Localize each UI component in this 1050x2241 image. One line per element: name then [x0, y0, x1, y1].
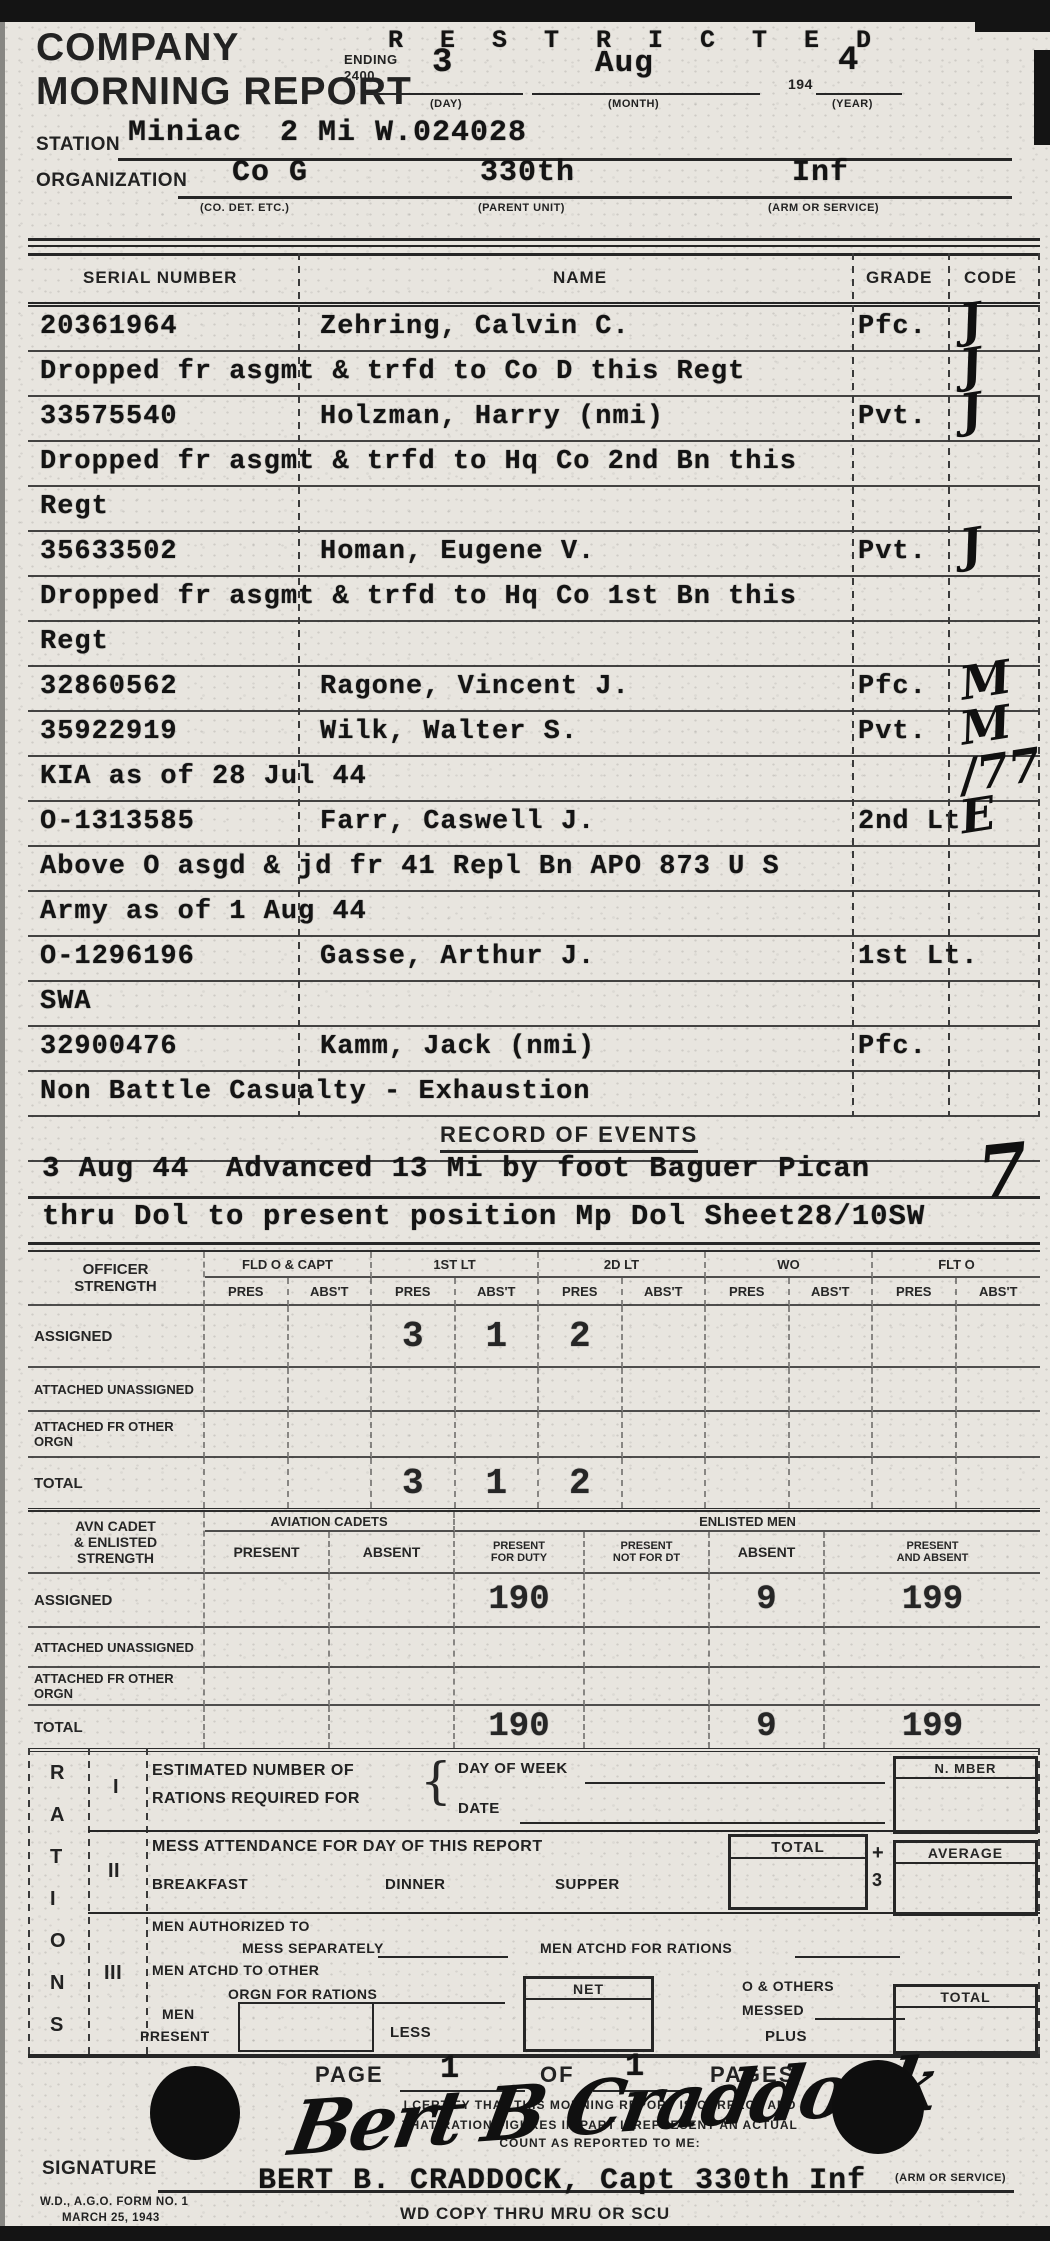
rations-vertical-letter: O [50, 1930, 66, 1953]
officer-value-cell [539, 1412, 623, 1458]
officer-row-label: TOTAL [28, 1458, 205, 1508]
officer-value-cell [289, 1412, 373, 1458]
enlisted-value-cell [710, 1628, 825, 1668]
rations-est-label-2: RATIONS REQUIRED FOR [152, 1790, 360, 1808]
serial-number-cell: 35633502 [40, 537, 178, 567]
day-caption: (DAY) [430, 98, 462, 110]
ending-2400-label: 2400 [344, 68, 375, 83]
roster-header-row: SERIAL NUMBER NAME GRADE CODE [28, 253, 1040, 307]
grade-cell: Pfc. [858, 1032, 927, 1062]
plus-label: PLUS [765, 2028, 807, 2045]
officer-value-cell [205, 1368, 289, 1412]
officer-value-cell: 1 [456, 1458, 540, 1508]
enlisted-value-cell [585, 1706, 710, 1748]
ending-day-value: 3 [432, 44, 453, 82]
grade-cell: Pvt. [858, 537, 927, 567]
enlisted-row-label: TOTAL [28, 1706, 205, 1748]
men-present-box [238, 2002, 374, 2052]
officer-group-1: FLD O & CAPT [205, 1252, 372, 1278]
officer-group-4: WO [706, 1252, 873, 1278]
enlisted-value-cell [825, 1628, 1040, 1668]
date-line [520, 1822, 885, 1824]
name-header: NAME [553, 268, 607, 288]
rations-vertical-letter: I [50, 1888, 56, 1911]
officer-value-cell [289, 1306, 373, 1368]
officer-value-cell [790, 1306, 874, 1368]
enlisted-value-cell [205, 1706, 330, 1748]
roster-row: O-1296196Gasse, Arthur J.1st Lt. [28, 937, 1040, 982]
rations-numeral-1: I [113, 1776, 119, 1799]
men-atchd-other-label-2: ORGN FOR RATIONS [228, 1986, 377, 2002]
enlisted-value-cell [585, 1628, 710, 1668]
organization-label: ORGANIZATION [36, 170, 187, 192]
ending-month-value: Aug [595, 46, 654, 81]
officer-value-cell [623, 1412, 707, 1458]
orgn-for-rations-line [370, 2002, 505, 2004]
officer-value-cell [957, 1458, 1041, 1508]
messed-line [815, 2018, 905, 2020]
men-present-label-2: PRESENT [140, 2028, 210, 2044]
arm-caption: (ARM OR SERVICE) [768, 202, 879, 214]
men-atchd-rations-label: MEN ATCHD FOR RATIONS [540, 1940, 732, 1956]
roster-note-row: Dropped fr asgmt & trfd to Hq Co 2nd Bn … [28, 442, 1040, 487]
section-rule-2 [28, 245, 1040, 247]
mess-separately-line [378, 1956, 508, 1958]
roster-note-row: Dropped fr asgmt & trfd to Hq Co 1st Bn … [28, 577, 1040, 622]
punch-hole-right [832, 2060, 924, 2154]
serial-number-cell: 33575540 [40, 402, 178, 432]
rations-numeral-line [146, 1748, 148, 2054]
enlisted-value-cell [455, 1668, 585, 1706]
organization-unit: 330th [480, 156, 575, 190]
average-box: AVERAGE [893, 1840, 1038, 1916]
arm-service-caption: (ARM OR SERVICE) [895, 2172, 1006, 2184]
men-atchd-other-label-1: MEN ATCHD TO OTHER [152, 1962, 319, 1978]
signature-label: SIGNATURE [42, 2158, 157, 2180]
soldier-name-cell: Kamm, Jack (nmi) [320, 1032, 595, 1062]
officer-subheader: PRES [706, 1278, 790, 1306]
rations-vertical-letter: T [50, 1846, 63, 1869]
enlisted-row-label: ASSIGNED [28, 1574, 205, 1628]
soldier-name-cell: Wilk, Walter S. [320, 717, 578, 747]
officer-group-5: FLT O [873, 1252, 1040, 1278]
officer-value-cell [706, 1412, 790, 1458]
enlisted-value-cell [330, 1706, 455, 1748]
officer-value-cell [957, 1412, 1041, 1458]
year-underline [816, 93, 902, 95]
day-of-week-label: DAY OF WEEK [458, 1760, 568, 1777]
mess-total-label: TOTAL [731, 1837, 865, 1859]
morning-report-scan: R E S T R I C T E D COMPANY MORNING REPO… [0, 0, 1050, 2241]
section-rule-1 [28, 238, 1040, 241]
remark-cell: SWA [40, 987, 92, 1017]
officer-value-cell: 1 [456, 1306, 540, 1368]
officer-value-cell [205, 1458, 289, 1508]
enlisted-column-header: ABSENT [710, 1532, 825, 1574]
officer-group-3: 2D LT [539, 1252, 706, 1278]
breakfast-label: BREAKFAST [152, 1876, 248, 1893]
enlisted-value-cell [330, 1574, 455, 1628]
officer-value-cell [456, 1368, 540, 1412]
roster-row: 32900476Kamm, Jack (nmi)Pfc. [28, 1027, 1040, 1072]
grade-cell: Pfc. [858, 312, 927, 342]
scan-edge-right [1034, 50, 1050, 145]
officer-value-cell [706, 1458, 790, 1508]
event-line-2: thru Dol to present position Mp Dol Shee… [42, 1200, 925, 1233]
scan-edge-bottom [0, 2226, 1050, 2241]
enlisted-value-cell [205, 1628, 330, 1668]
roster-note-row: KIA as of 28 Jul 44/77 [28, 757, 1040, 802]
enlisted-column-header: PRESENT AND ABSENT [825, 1532, 1040, 1574]
enlisted-strength-header: AVN CADET & ENLISTED STRENGTH [28, 1512, 205, 1574]
mess-total-box: TOTAL [728, 1834, 868, 1910]
roster-row: 32860562Ragone, Vincent J.Pfc.M [28, 667, 1040, 712]
enlisted-value-cell [455, 1628, 585, 1668]
officer-subheader: PRES [539, 1278, 623, 1306]
officer-value-cell [289, 1458, 373, 1508]
ending-year-value: 4 [838, 42, 859, 80]
roster-row: O-1313585Farr, Caswell J.2nd Lt.E [28, 802, 1040, 847]
officer-subheader: ABS'T [456, 1278, 540, 1306]
men-authorized-label-2: MESS SEPARATELY [242, 1940, 384, 1956]
officer-value-cell [790, 1412, 874, 1458]
rations-numeral-3: III [104, 1962, 122, 1985]
form-title-line1: COMPANY [36, 26, 239, 70]
serial-number-cell: 20361964 [40, 312, 178, 342]
officer-subheader: PRES [205, 1278, 289, 1306]
scan-edge-top [0, 0, 1050, 22]
enlisted-column-header: PRESENT FOR DUTY [455, 1532, 585, 1574]
officer-subheader: PRES [372, 1278, 456, 1306]
event-handwritten-mark: 7 [974, 1126, 1033, 1216]
roster-right-line [1038, 253, 1040, 1116]
punch-hole-left [150, 2066, 240, 2160]
aviation-cadets-group: AVIATION CADETS [205, 1512, 455, 1532]
grade-header: GRADE [866, 268, 932, 288]
roster-note-row: SWA [28, 982, 1040, 1027]
rations-est-label-1: ESTIMATED NUMBER OF [152, 1762, 354, 1780]
form-number-line-2: MARCH 25, 1943 [62, 2212, 160, 2224]
soldier-name-cell: Farr, Caswell J. [320, 807, 595, 837]
grade-cell: Pfc. [858, 672, 927, 702]
rations-total-label: TOTAL [896, 1987, 1035, 2008]
others-messed-label-1: O & OTHERS [742, 1978, 834, 1994]
rations-vertical-letter: A [50, 1804, 65, 1827]
officer-strength-table: OFFICER STRENGTHFLD O & CAPT1ST LT2D LTW… [28, 1250, 1040, 1512]
grade-cell: 1st Lt. [858, 942, 978, 972]
officer-subheader: PRES [873, 1278, 957, 1306]
soldier-name-cell: Zehring, Calvin C. [320, 312, 630, 342]
rations-numeral-2: II [108, 1860, 120, 1883]
officer-value-cell [623, 1458, 707, 1508]
copy-routing-note: WD COPY THRU MRU OR SCU [400, 2204, 670, 2224]
less-label: LESS [390, 2024, 431, 2041]
officer-subheader: ABS'T [623, 1278, 707, 1306]
enlisted-column-header: PRESENT [205, 1532, 330, 1574]
officer-value-cell [873, 1368, 957, 1412]
code-header: CODE [964, 268, 1017, 288]
officer-value-cell: 2 [539, 1306, 623, 1368]
enlisted-column-header: PRESENT NOT FOR DT [585, 1532, 710, 1574]
soldier-name-cell: Homan, Eugene V. [320, 537, 595, 567]
roster-row: 35633502Homan, Eugene V.Pvt.J [28, 532, 1040, 577]
form-number-line-1: W.D., A.G.O. FORM NO. 1 [40, 2196, 188, 2208]
remark-cell: Non Battle Casualty - Exhaustion [40, 1077, 590, 1107]
net-box-label: NET [526, 1979, 651, 2000]
remark-cell: Regt [40, 627, 109, 657]
serial-number-cell: 32860562 [40, 672, 178, 702]
men-present-label-1: MEN [162, 2006, 195, 2022]
roster-row: 33575540Holzman, Harry (nmi)Pvt.J [28, 397, 1040, 442]
record-of-events-title: RECORD OF EVENTS [440, 1122, 698, 1153]
officer-value-cell [957, 1368, 1041, 1412]
enlisted-value-cell: 199 [825, 1706, 1040, 1748]
date-label: DATE [458, 1800, 500, 1817]
serial-number-cell: O-1296196 [40, 942, 195, 972]
organization-arm: Inf [792, 156, 849, 190]
enlisted-value-cell [330, 1628, 455, 1668]
mess-attendance-label: MESS ATTENDANCE FOR DAY OF THIS REPORT [152, 1838, 543, 1856]
grade-cell: Pvt. [858, 402, 927, 432]
day-underline [365, 93, 523, 95]
organization-company: Co G [232, 156, 308, 190]
month-caption: (MONTH) [608, 98, 659, 110]
officer-group-2: 1ST LT [372, 1252, 539, 1278]
officer-value-cell [372, 1412, 456, 1458]
divide-plus-sign: + [872, 1842, 884, 1865]
event-underline-2 [28, 1242, 1040, 1245]
remark-cell: Dropped fr asgmt & trfd to Hq Co 1st Bn … [40, 582, 797, 612]
rations-vertical-letter: R [50, 1762, 65, 1785]
officer-value-cell [957, 1306, 1041, 1368]
officer-value-cell: 3 [372, 1458, 456, 1508]
unit-caption: (PARENT UNIT) [478, 202, 565, 214]
scan-edge-left [0, 22, 5, 2226]
remark-cell: Dropped fr asgmt & trfd to Co D this Reg… [40, 357, 745, 387]
remark-cell: KIA as of 28 Jul 44 [40, 762, 367, 792]
enlisted-men-group: ENLISTED MEN [455, 1512, 1040, 1532]
officer-value-cell [873, 1306, 957, 1368]
enlisted-value-cell: 190 [455, 1706, 585, 1748]
serial-number-header: SERIAL NUMBER [83, 268, 237, 288]
enlisted-value-cell [825, 1668, 1040, 1706]
officer-value-cell [205, 1306, 289, 1368]
station-value: Miniac 2 Mi W.024028 [128, 116, 527, 150]
officer-row-label: ATTACHED UNASSIGNED [28, 1368, 205, 1412]
others-messed-label-2: MESSED [742, 2002, 804, 2018]
number-box: N. MBER [893, 1756, 1038, 1834]
roster-table: SERIAL NUMBER NAME GRADE CODE 20361964Ze… [28, 253, 1040, 1162]
roster-col-line-3 [948, 253, 950, 1116]
organization-underline [178, 196, 1012, 199]
officer-value-cell [205, 1412, 289, 1458]
men-authorized-label-1: MEN AUTHORIZED TO [152, 1918, 310, 1934]
company-caption: (CO. DET. ETC.) [200, 202, 289, 214]
year-caption: (YEAR) [832, 98, 873, 110]
officer-value-cell [289, 1368, 373, 1412]
rations-left-line [28, 1748, 30, 2054]
enlisted-value-cell [330, 1668, 455, 1706]
grade-cell: Pvt. [858, 717, 927, 747]
officer-value-cell [790, 1368, 874, 1412]
officer-value-cell [456, 1412, 540, 1458]
officer-value-cell: 3 [372, 1306, 456, 1368]
ending-label: ENDING [344, 52, 398, 67]
roster-rows: 20361964Zehring, Calvin C.Pfc.JDropped f… [28, 307, 1040, 1162]
officer-value-cell [539, 1368, 623, 1412]
roster-col-line-2 [852, 253, 854, 1116]
enlisted-row-label: ATTACHED UNASSIGNED [28, 1628, 205, 1668]
officer-strength-header: OFFICER STRENGTH [28, 1252, 205, 1306]
rations-brace: { [420, 1752, 452, 1810]
roster-note-row: Above O asgd & jd fr 41 Repl Bn APO 873 … [28, 847, 1040, 892]
enlisted-value-cell: 199 [825, 1574, 1040, 1628]
net-box: NET [523, 1976, 654, 2052]
roster-note-row: Non Battle Casualty - Exhaustion [28, 1072, 1040, 1117]
rations-vertical-letter: N [50, 1972, 65, 1995]
rations-vertical-letter: S [50, 2014, 64, 2037]
enlisted-value-cell [710, 1668, 825, 1706]
enlisted-value-cell [585, 1574, 710, 1628]
remark-cell: Dropped fr asgmt & trfd to Hq Co 2nd Bn … [40, 447, 797, 477]
scan-edge-top-right [975, 18, 1050, 32]
remark-cell: Army as of 1 Aug 44 [40, 897, 367, 927]
month-underline [532, 93, 760, 95]
rations-right-line [1038, 1748, 1040, 2054]
enlisted-row-label: ATTACHED FR OTHER ORGN [28, 1668, 205, 1706]
day-of-week-line [585, 1782, 885, 1784]
signature-typed-name: BERT B. CRADDOCK, Capt 330th Inf [258, 2164, 866, 2198]
average-box-label: AVERAGE [896, 1843, 1035, 1864]
enlisted-value-cell [205, 1668, 330, 1706]
enlisted-value-cell [585, 1668, 710, 1706]
enlisted-value-cell: 9 [710, 1574, 825, 1628]
roster-note-row: Dropped fr asgmt & trfd to Co D this Reg… [28, 352, 1040, 397]
soldier-name-cell: Holzman, Harry (nmi) [320, 402, 664, 432]
officer-value-cell [873, 1458, 957, 1508]
roster-row: 35922919Wilk, Walter S.Pvt.M [28, 712, 1040, 757]
roster-col-line-1 [298, 253, 300, 1116]
serial-number-cell: O-1313585 [40, 807, 195, 837]
officer-row-label: ATTACHED FR OTHER ORGN [28, 1412, 205, 1458]
roster-note-row: Regt [28, 487, 1040, 532]
men-atchd-rations-line [795, 1956, 900, 1958]
enlisted-strength-table: AVN CADET & ENLISTED STRENGTHAVIATION CA… [28, 1510, 1040, 1752]
officer-subheader: ABS'T [790, 1278, 874, 1306]
remark-cell: Regt [40, 492, 109, 522]
station-label: STATION [36, 134, 120, 156]
officer-row-label: ASSIGNED [28, 1306, 205, 1368]
soldier-name-cell: Gasse, Arthur J. [320, 942, 595, 972]
officer-value-cell [372, 1368, 456, 1412]
enlisted-value-cell [205, 1574, 330, 1628]
roster-row: 20361964Zehring, Calvin C.Pfc.J [28, 307, 1040, 352]
officer-value-cell [623, 1306, 707, 1368]
officer-value-cell [706, 1306, 790, 1368]
year-prefix: 194 [788, 76, 813, 92]
roster-note-row: Army as of 1 Aug 44 [28, 892, 1040, 937]
remark-cell: Above O asgd & jd fr 41 Repl Bn APO 873 … [40, 852, 780, 882]
serial-number-cell: 35922919 [40, 717, 178, 747]
number-box-label: N. MBER [896, 1759, 1035, 1779]
officer-value-cell [873, 1412, 957, 1458]
enlisted-column-header: ABSENT [330, 1532, 455, 1574]
soldier-name-cell: Ragone, Vincent J. [320, 672, 630, 702]
serial-number-cell: 32900476 [40, 1032, 178, 1062]
officer-value-cell [706, 1368, 790, 1412]
roster-note-row: Regt [28, 622, 1040, 667]
enlisted-value-cell: 190 [455, 1574, 585, 1628]
event-underline-1 [28, 1196, 1040, 1199]
supper-label: SUPPER [555, 1876, 620, 1893]
dinner-label: DINNER [385, 1876, 446, 1893]
officer-subheader: ABS'T [957, 1278, 1041, 1306]
rations-letters-line [88, 1748, 90, 2054]
officer-value-cell [790, 1458, 874, 1508]
officer-value-cell: 2 [539, 1458, 623, 1508]
enlisted-value-cell: 9 [710, 1706, 825, 1748]
event-line-1: 3 Aug 44 Advanced 13 Mi by foot Baguer P… [42, 1152, 870, 1185]
divide-three: 3 [872, 1870, 883, 1891]
officer-value-cell [623, 1368, 707, 1412]
officer-subheader: ABS'T [289, 1278, 373, 1306]
